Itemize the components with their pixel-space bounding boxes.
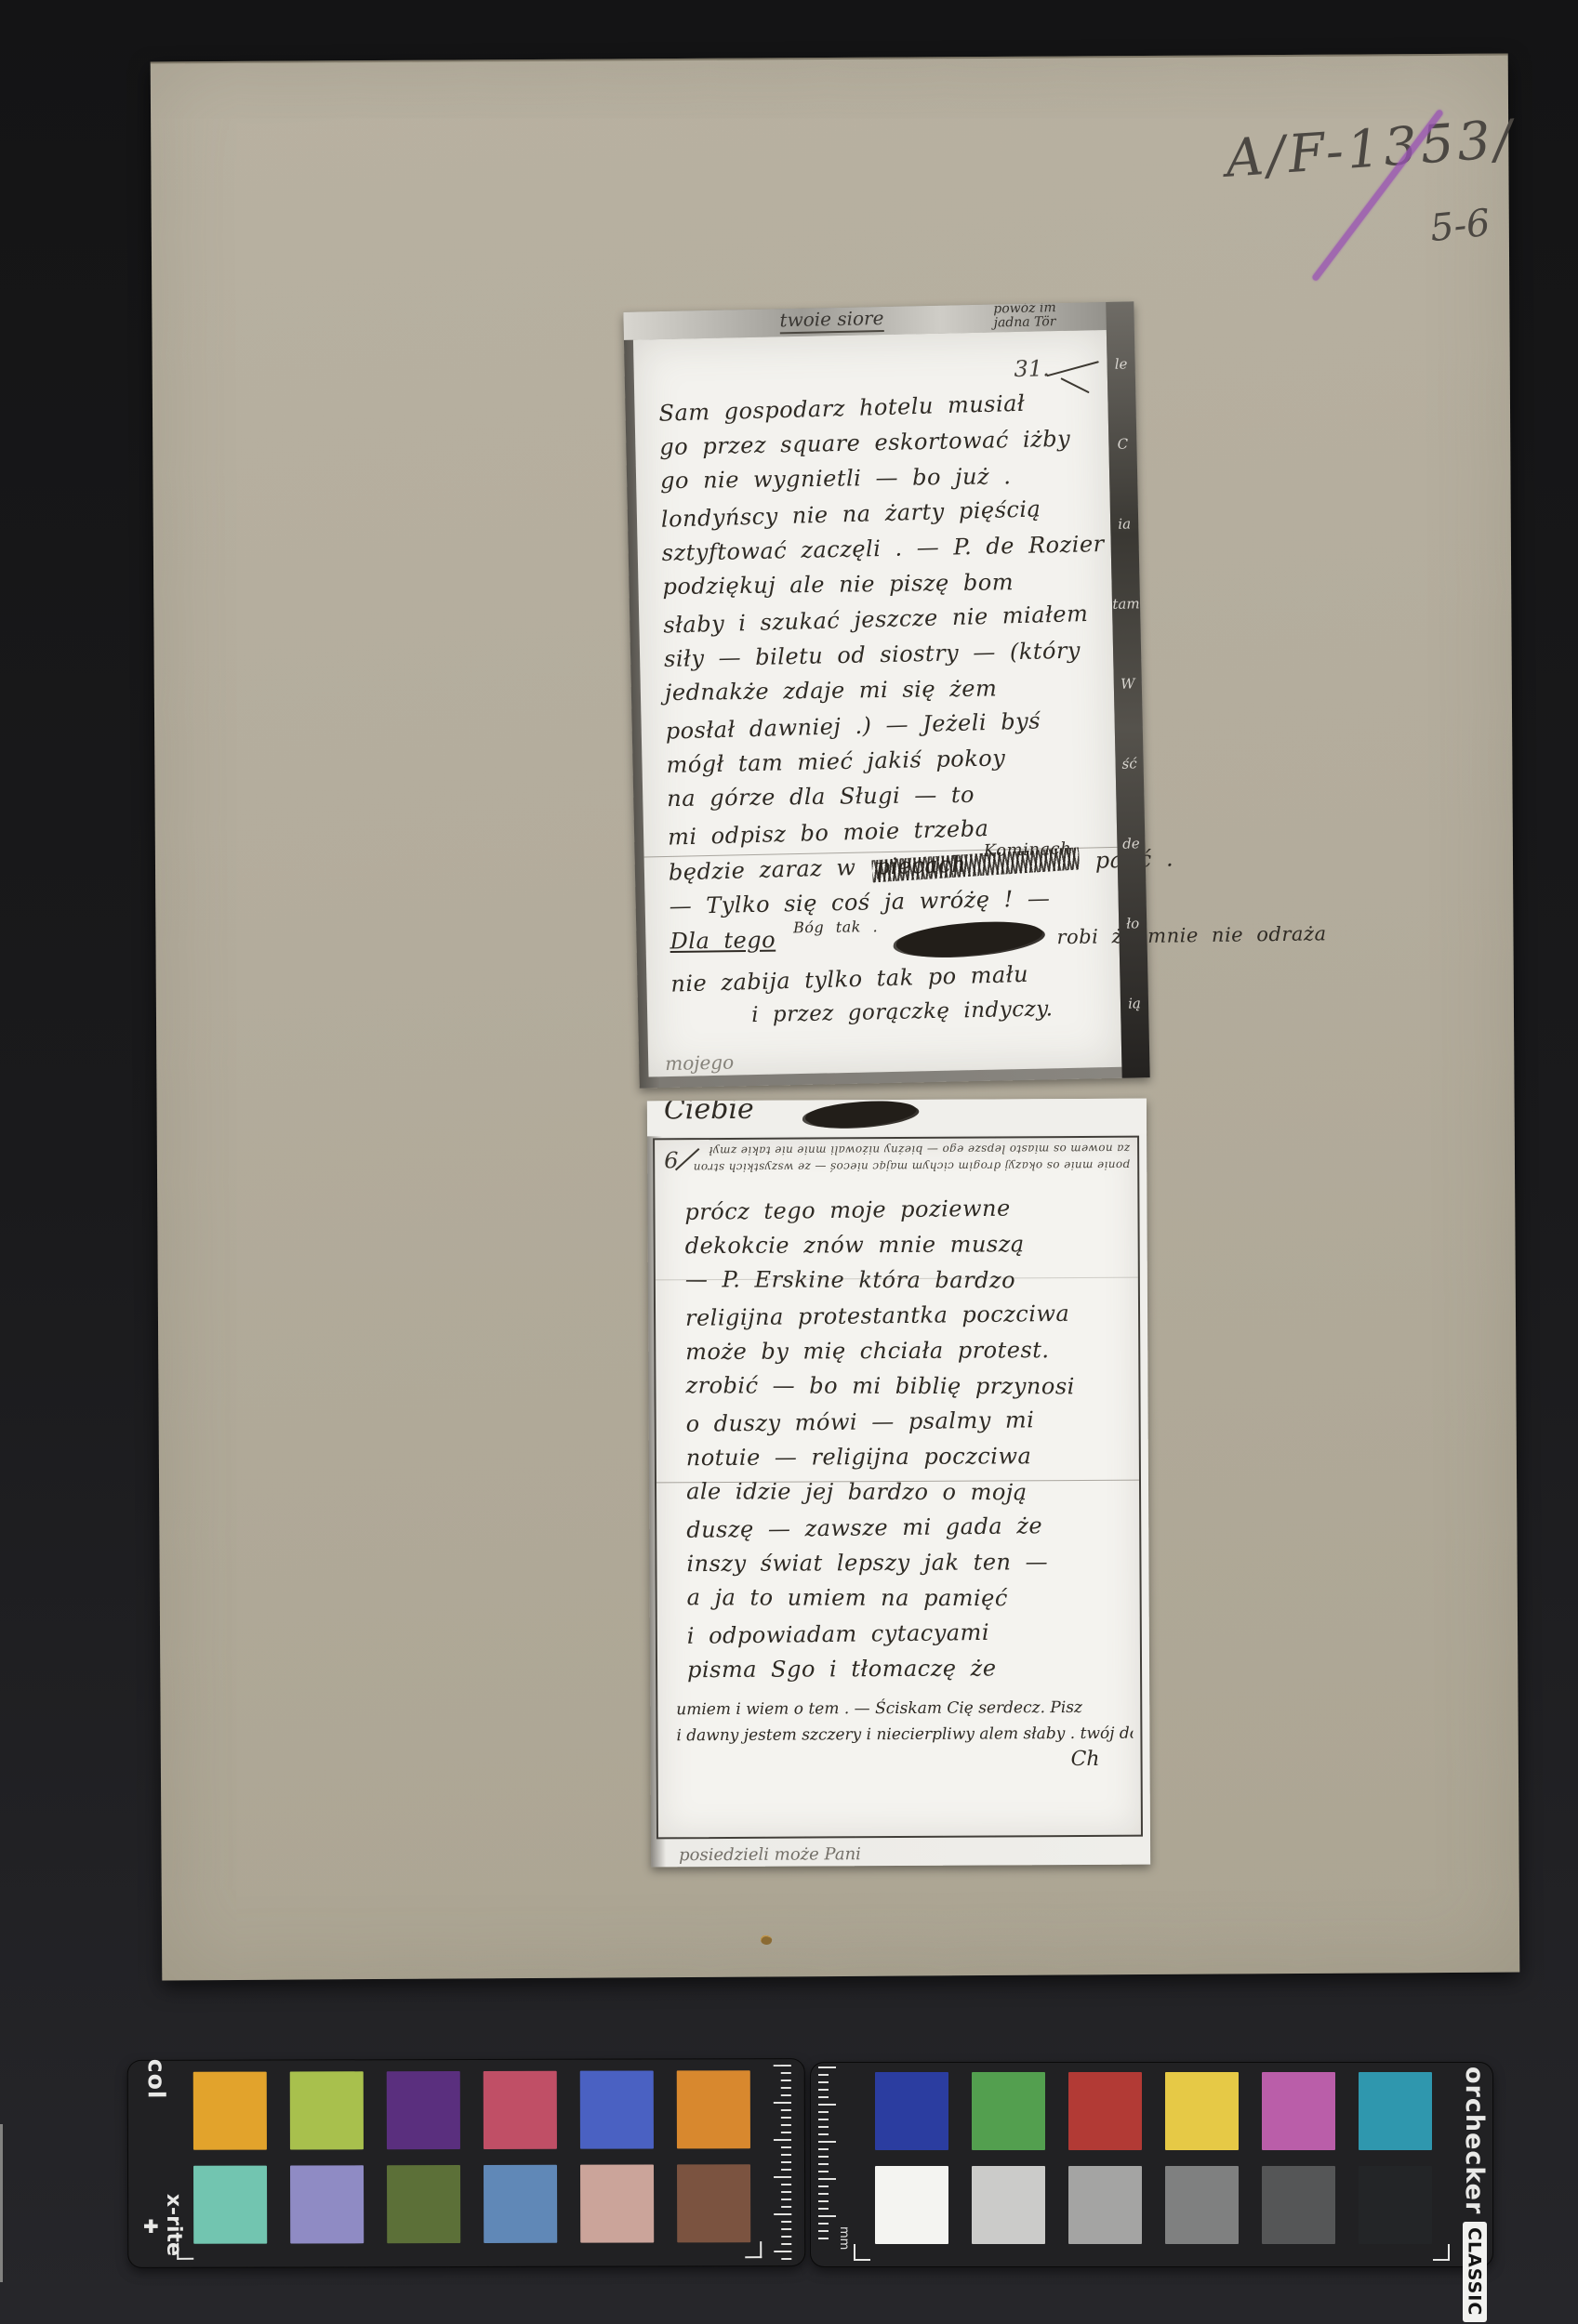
handwriting-line: może by mię chciała protest. [685,1337,1136,1375]
patch-row [875,2072,1432,2150]
handwriting-line: inszy świat lepszy jak ten — [686,1549,1137,1587]
handwriting-line: dekokcie znów mnie muszą [685,1231,1136,1269]
top-edge-fragment: twoie siore [779,307,883,334]
ink-blot [894,917,1045,961]
archival-number: A/F-1353/ 5-6 [1226,119,1516,179]
color-patch [387,2165,460,2243]
color-patch [1165,2072,1239,2150]
inverted-marginal-line: za nowem os miasto lepsze ego — bieżny n… [709,1142,1130,1158]
colorchecker-model-edge: orchecker CLASSIC [1460,2067,1489,2259]
edge-text-fragment: ią [1121,995,1150,1076]
color-patch [1165,2166,1239,2244]
scan-artifact [0,2124,3,2282]
colorchecker-model-text: orchecker [1460,2067,1489,2214]
archival-number-main: A/F-1353/ [1224,109,1518,190]
color-patch [972,2166,1045,2244]
archival-number-sub: 5-6 [1428,202,1492,250]
mm-ruler [773,2065,792,2260]
photostat-frame: 6 za nowem os miasto lepsze ego — bieżny… [653,1136,1143,1840]
color-patch [1262,2072,1335,2150]
line14-pre: będzie zaraz w [669,854,856,886]
color-patch [1068,2072,1142,2150]
handwriting-small-line: umiem i wiem o tem . — Ściskam Cię serde… [676,1696,1133,1723]
edge-text-fragment: le [1107,355,1136,436]
mm-label: mm [837,2226,851,2250]
color-patch [387,2071,460,2149]
ink-blot [803,1099,919,1130]
edge-text-fragment: ia [1110,515,1140,596]
handwriting-line: prócz tego moje poziewne [684,1194,1135,1235]
color-patch [677,2070,750,2148]
color-patch [1068,2166,1142,2244]
interlinear-correction: Kominach [983,839,1071,862]
edge-text-fragment: ść [1115,755,1145,836]
color-patch [1262,2166,1335,2244]
edge-text-fragment: ło [1119,915,1148,996]
registration-corner-icon [177,2243,193,2260]
signature: Ch [1070,1748,1099,1771]
handwriting-line: i odpowiadam cytacyami [687,1618,1138,1658]
registration-corner-icon [1433,2244,1450,2261]
top-edge-corner-fragment: powóz im jadna Tör [993,301,1056,330]
cut-top-fragment: Ciebie [664,1099,754,1127]
line16-overword: Bóg tak . [793,918,878,936]
line16-pre: Dla tego [670,927,776,954]
color-patch [580,2070,654,2148]
mm-ruler [818,2067,837,2242]
page-number-31: 31. [1014,355,1050,382]
handwriting-line: zrobić — bo mi biblię przynosi [685,1372,1136,1408]
manuscript-page-top: twoie siore powóz im jadna Tör 31. Sam g… [623,301,1149,1088]
registration-corner-icon [854,2244,870,2261]
manuscript-paper: 31. Sam gospodarz hotelu musiałgo przez … [633,330,1121,1076]
color-patch [677,2164,750,2242]
patch-row [875,2166,1432,2244]
handwriting-line: o duszy mówi — psalmy mi [685,1406,1136,1446]
edge-text-fragment: W [1114,675,1144,756]
color-patch [580,2164,654,2242]
color-patch [875,2166,948,2244]
color-patch [484,2071,557,2149]
manuscript-page-bottom: Ciebie 6 za nowem os miasto lepsze ego —… [647,1099,1150,1868]
colorchecker-right-panel: mm orchecker CLASSIC [811,2063,1492,2266]
registration-corner-icon [745,2241,762,2258]
patch-row [193,2070,750,2150]
handwriting-block: prócz tego moje poziewnedekokcie znów mn… [684,1195,1138,1693]
edge-text-fragment: C [1108,435,1138,516]
handwriting-line: ale idzie jej bardzo o moją [686,1478,1137,1514]
handwriting-small-line: i dawny jestem szczery i niecierpliwy al… [676,1722,1133,1749]
top-edge-corner-line: jadna Tör [994,315,1057,330]
handwriting-line: — P. Erskine która bardzo [685,1266,1136,1302]
classic-badge: CLASSIC [1463,2222,1487,2321]
color-patch [875,2072,948,2150]
line16-post: robi że mnie nie odraża [1056,922,1326,948]
cut-bottom-fragment: mojego [665,1051,734,1076]
handwriting-line: pisma Sgo i tłomaczę że [687,1655,1138,1693]
color-patch [1359,2072,1432,2150]
edge-text-fragment: de [1117,835,1147,916]
cut-bottom-fragment: posiedzieli może Pani [679,1844,861,1865]
color-patch [290,2165,364,2243]
cut-top-line: Ciebie [647,1099,1147,1137]
struck-word: piecach Kominach [875,848,1076,879]
handwriting-block-lower: będzie zaraz w piecach Kominach palić . … [669,849,1118,1040]
handwriting-line: religijna protestantka poczciwa [685,1300,1136,1340]
handwriting-line: duszę — zawsze mi gada że [686,1512,1137,1552]
color-patch [193,2166,267,2244]
colorchecker-left-panel: col x-rite ✖ [128,2059,805,2267]
color-patch [972,2072,1045,2150]
colorchecker-edge-text: col [143,2059,170,2133]
inverted-marginal-line: ponie mnie os okazyj drogim cichym mając… [692,1158,1130,1175]
handwriting-line: a ja to umiem na pamięć [687,1584,1138,1620]
color-patch [1359,2166,1432,2244]
handwriting-line: notuie — religijna poczciwa [686,1443,1137,1481]
color-patch [290,2071,364,2149]
handwriting-block: Sam gospodarz hotelu musiałgo przez squa… [658,390,1113,858]
edge-text-fragment: tam [1112,595,1142,676]
patch-row [193,2164,750,2244]
color-patch [193,2072,267,2150]
archive-photo: A/F-1353/ 5-6 twoie siore powóz im jadna… [0,0,1578,2324]
color-patch [484,2165,557,2243]
pen-flourish [1046,361,1098,376]
